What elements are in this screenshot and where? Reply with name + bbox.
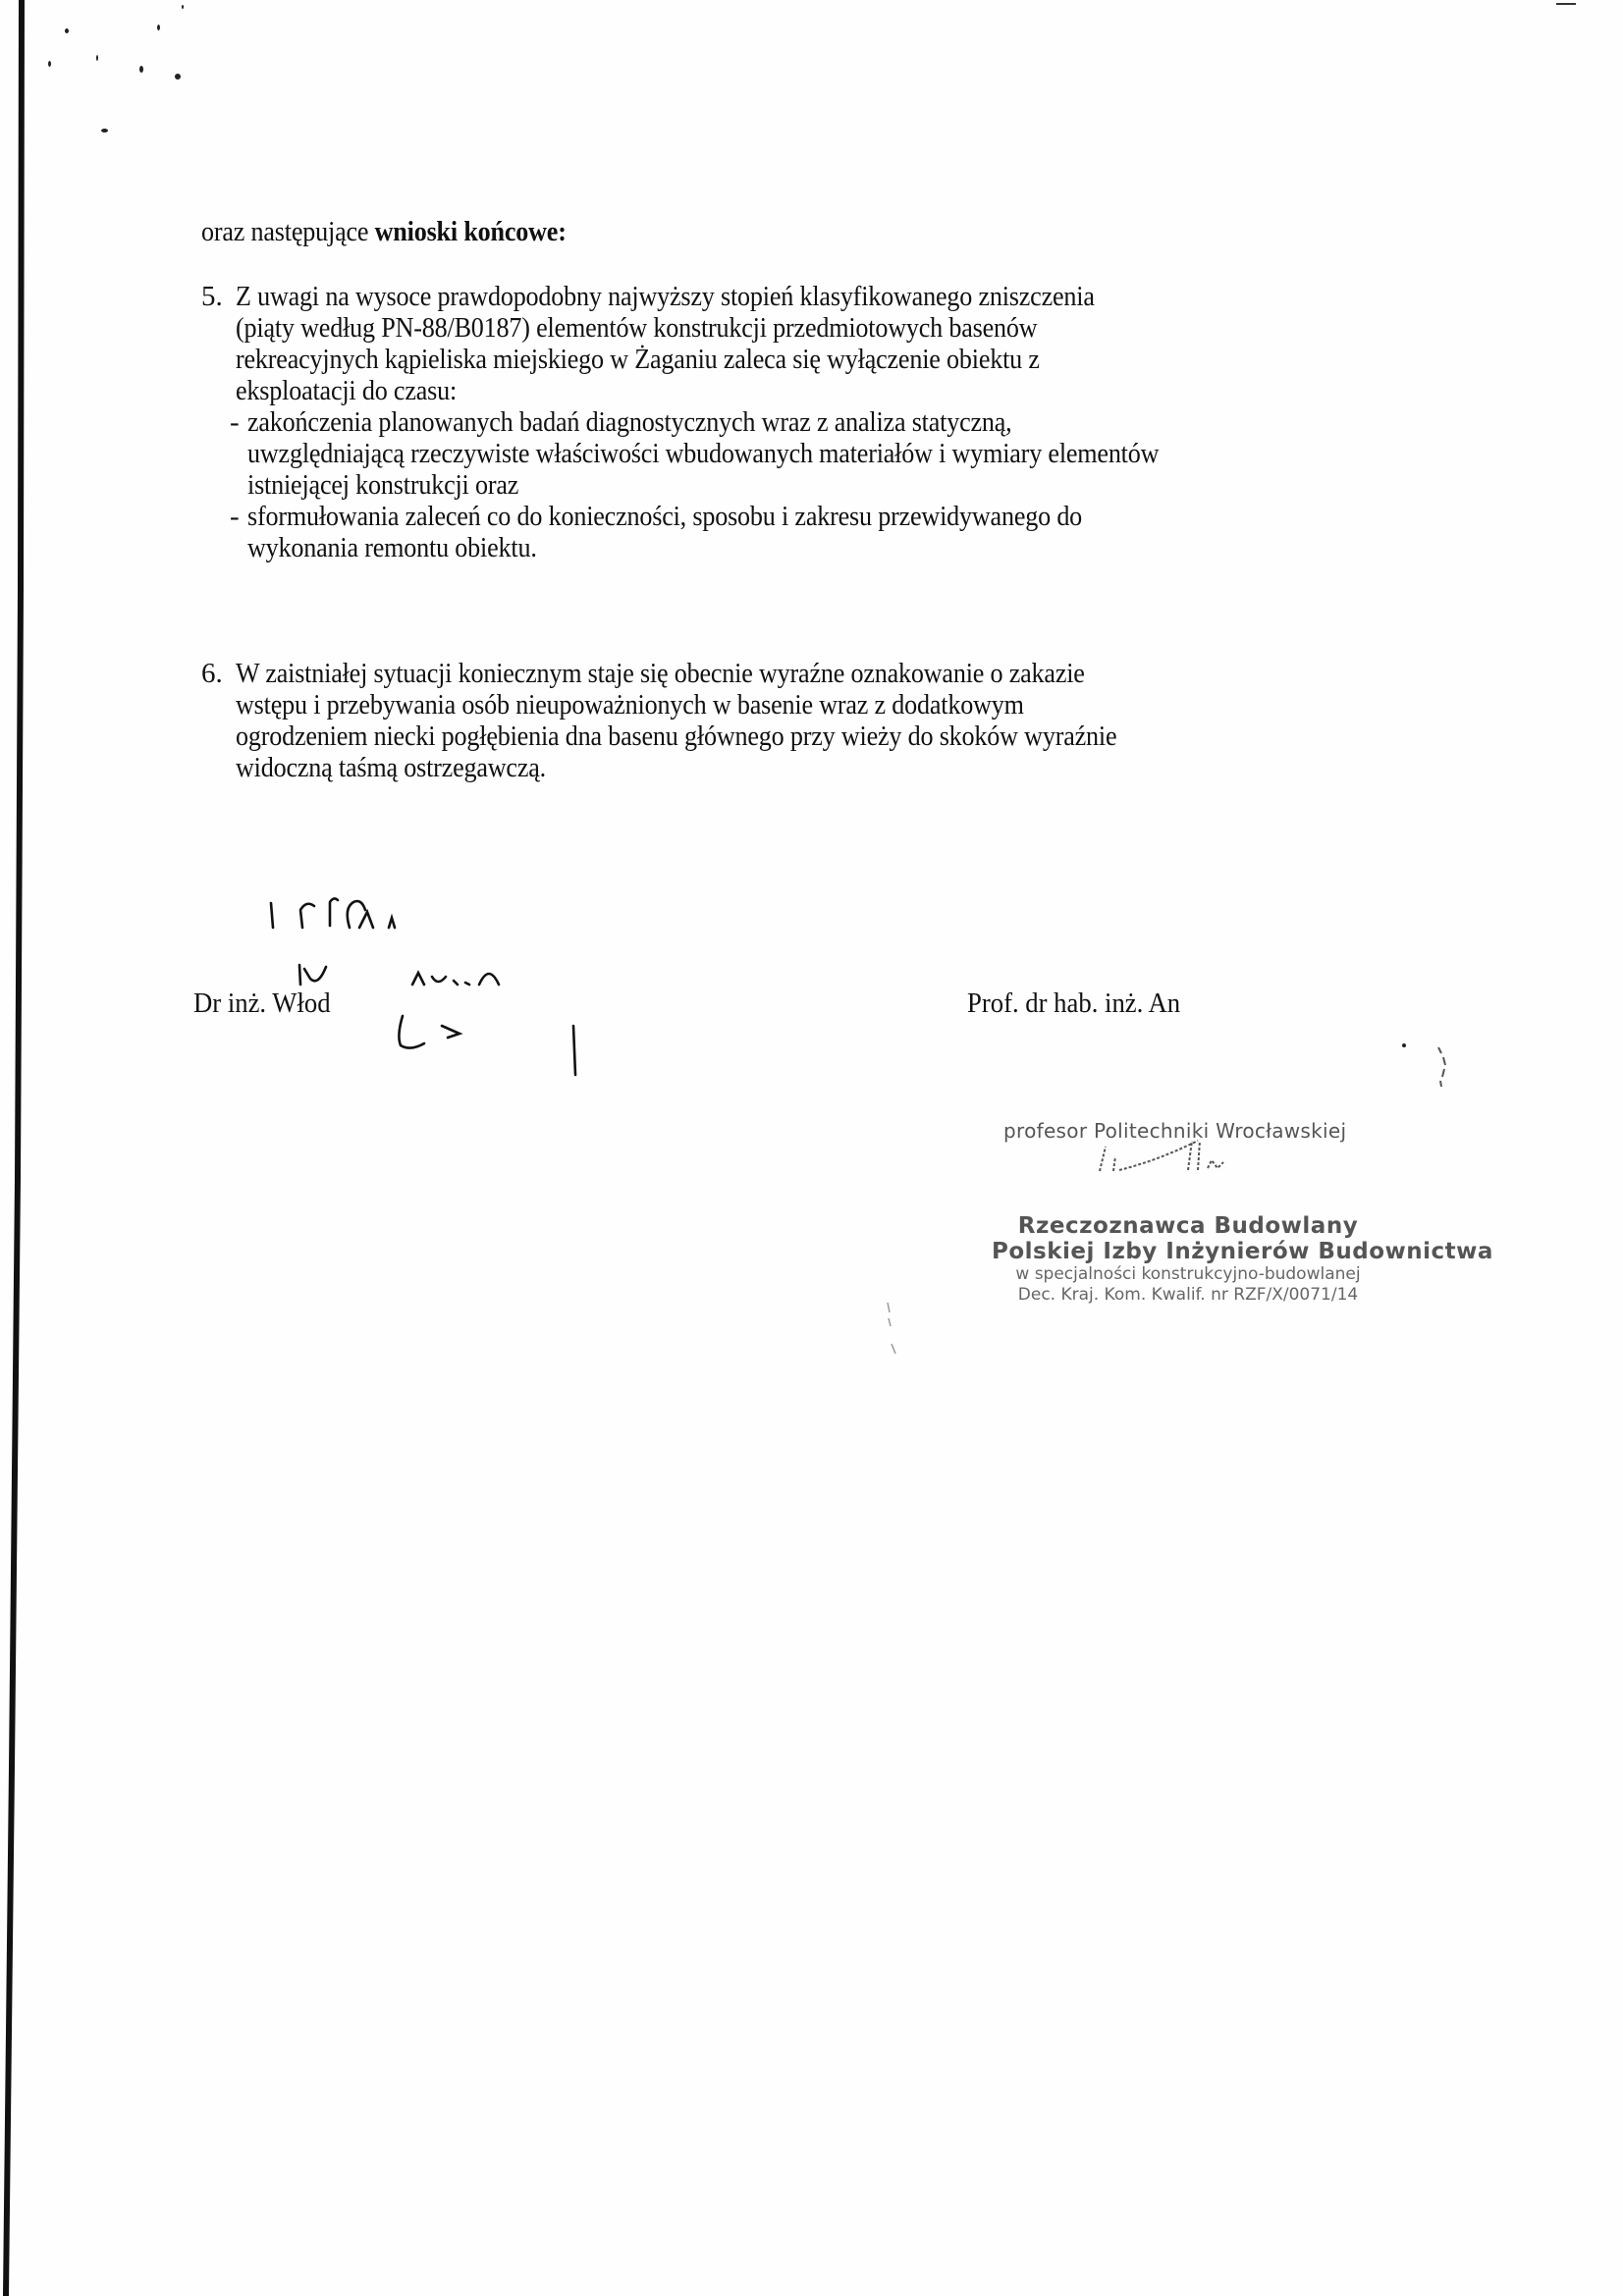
intro-bold-text: wnioski końcowe: <box>375 216 567 247</box>
subitem-bullet: - <box>230 501 240 532</box>
scanned-page: oraz następujące wnioski końcowe: 5. Z u… <box>0 0 1623 2296</box>
conclusions-intro: oraz następujące wnioski końcowe: <box>201 216 567 247</box>
item-line: ogrodzeniem niecki pogłębienia dna basen… <box>236 721 1116 752</box>
scan-smudge <box>884 1301 903 1360</box>
item-line: wstępu i przebywania osób nieupoważniony… <box>236 689 1024 721</box>
scan-left-border <box>0 0 29 2296</box>
subitem-line: wykonania remontu obiektu. <box>247 532 537 563</box>
scan-speck <box>48 61 51 67</box>
scan-mark <box>1556 3 1576 5</box>
scan-speck <box>175 74 181 80</box>
scan-speck <box>182 5 184 9</box>
subitem-bullet: - <box>230 406 240 438</box>
scan-speck <box>1402 1043 1406 1047</box>
subitem-line: sformułowania zaleceń co do konieczności… <box>247 501 1082 532</box>
item-line: rekreacyjnych kąpieliska miejskiego w Ża… <box>236 344 1040 375</box>
official-stamp: profesor Politechniki Wrocławskiej Rzecz… <box>992 1119 1384 1306</box>
stamp-line-1: Rzeczoznawca Budowlany <box>992 1213 1384 1239</box>
item-line: (piąty według PN-88/B0187) elementów kon… <box>236 312 1037 344</box>
stamp-line-4: Dec. Kraj. Kom. Kwalif. nr RZF/X/0071/14 <box>992 1285 1384 1306</box>
scan-smudge <box>1434 1045 1453 1095</box>
item-number: 5. <box>201 281 223 312</box>
handwritten-signature-left <box>255 888 609 1085</box>
scan-speck <box>157 25 160 30</box>
subitem-line: zakończenia planowanych badań diagnostyc… <box>247 406 1012 438</box>
subitem-line: istniejącej konstrukcji oraz <box>247 469 518 501</box>
scan-speck <box>65 28 69 33</box>
item-line: widoczną taśmą ostrzegawczą. <box>236 752 546 783</box>
subitem-line: uwzględniającą rzeczywiste właściwości w… <box>247 438 1159 469</box>
signatory-left-name: Dr inż. Włod <box>193 988 331 1019</box>
item-line: eksploatacji do czasu: <box>236 375 457 406</box>
scan-speck <box>96 55 98 61</box>
intro-text: oraz następujące <box>201 216 375 247</box>
scan-speck <box>101 129 108 133</box>
scan-speck <box>139 66 143 73</box>
stamp-line-2: Polskiej Izby Inżynierów Budownictwa <box>992 1239 1384 1264</box>
stamp-line-3: w specjalności konstrukcyjno-budowlanej <box>992 1264 1384 1285</box>
item-line: W zaistniałej sytuacji koniecznym staje … <box>236 658 1085 689</box>
item-line: Z uwagi na wysoce prawdopodobny najwyższ… <box>236 281 1095 312</box>
item-number: 6. <box>201 658 223 689</box>
stamp-signature <box>1080 1127 1257 1176</box>
signatory-right-name: Prof. dr hab. inż. An <box>967 988 1180 1019</box>
